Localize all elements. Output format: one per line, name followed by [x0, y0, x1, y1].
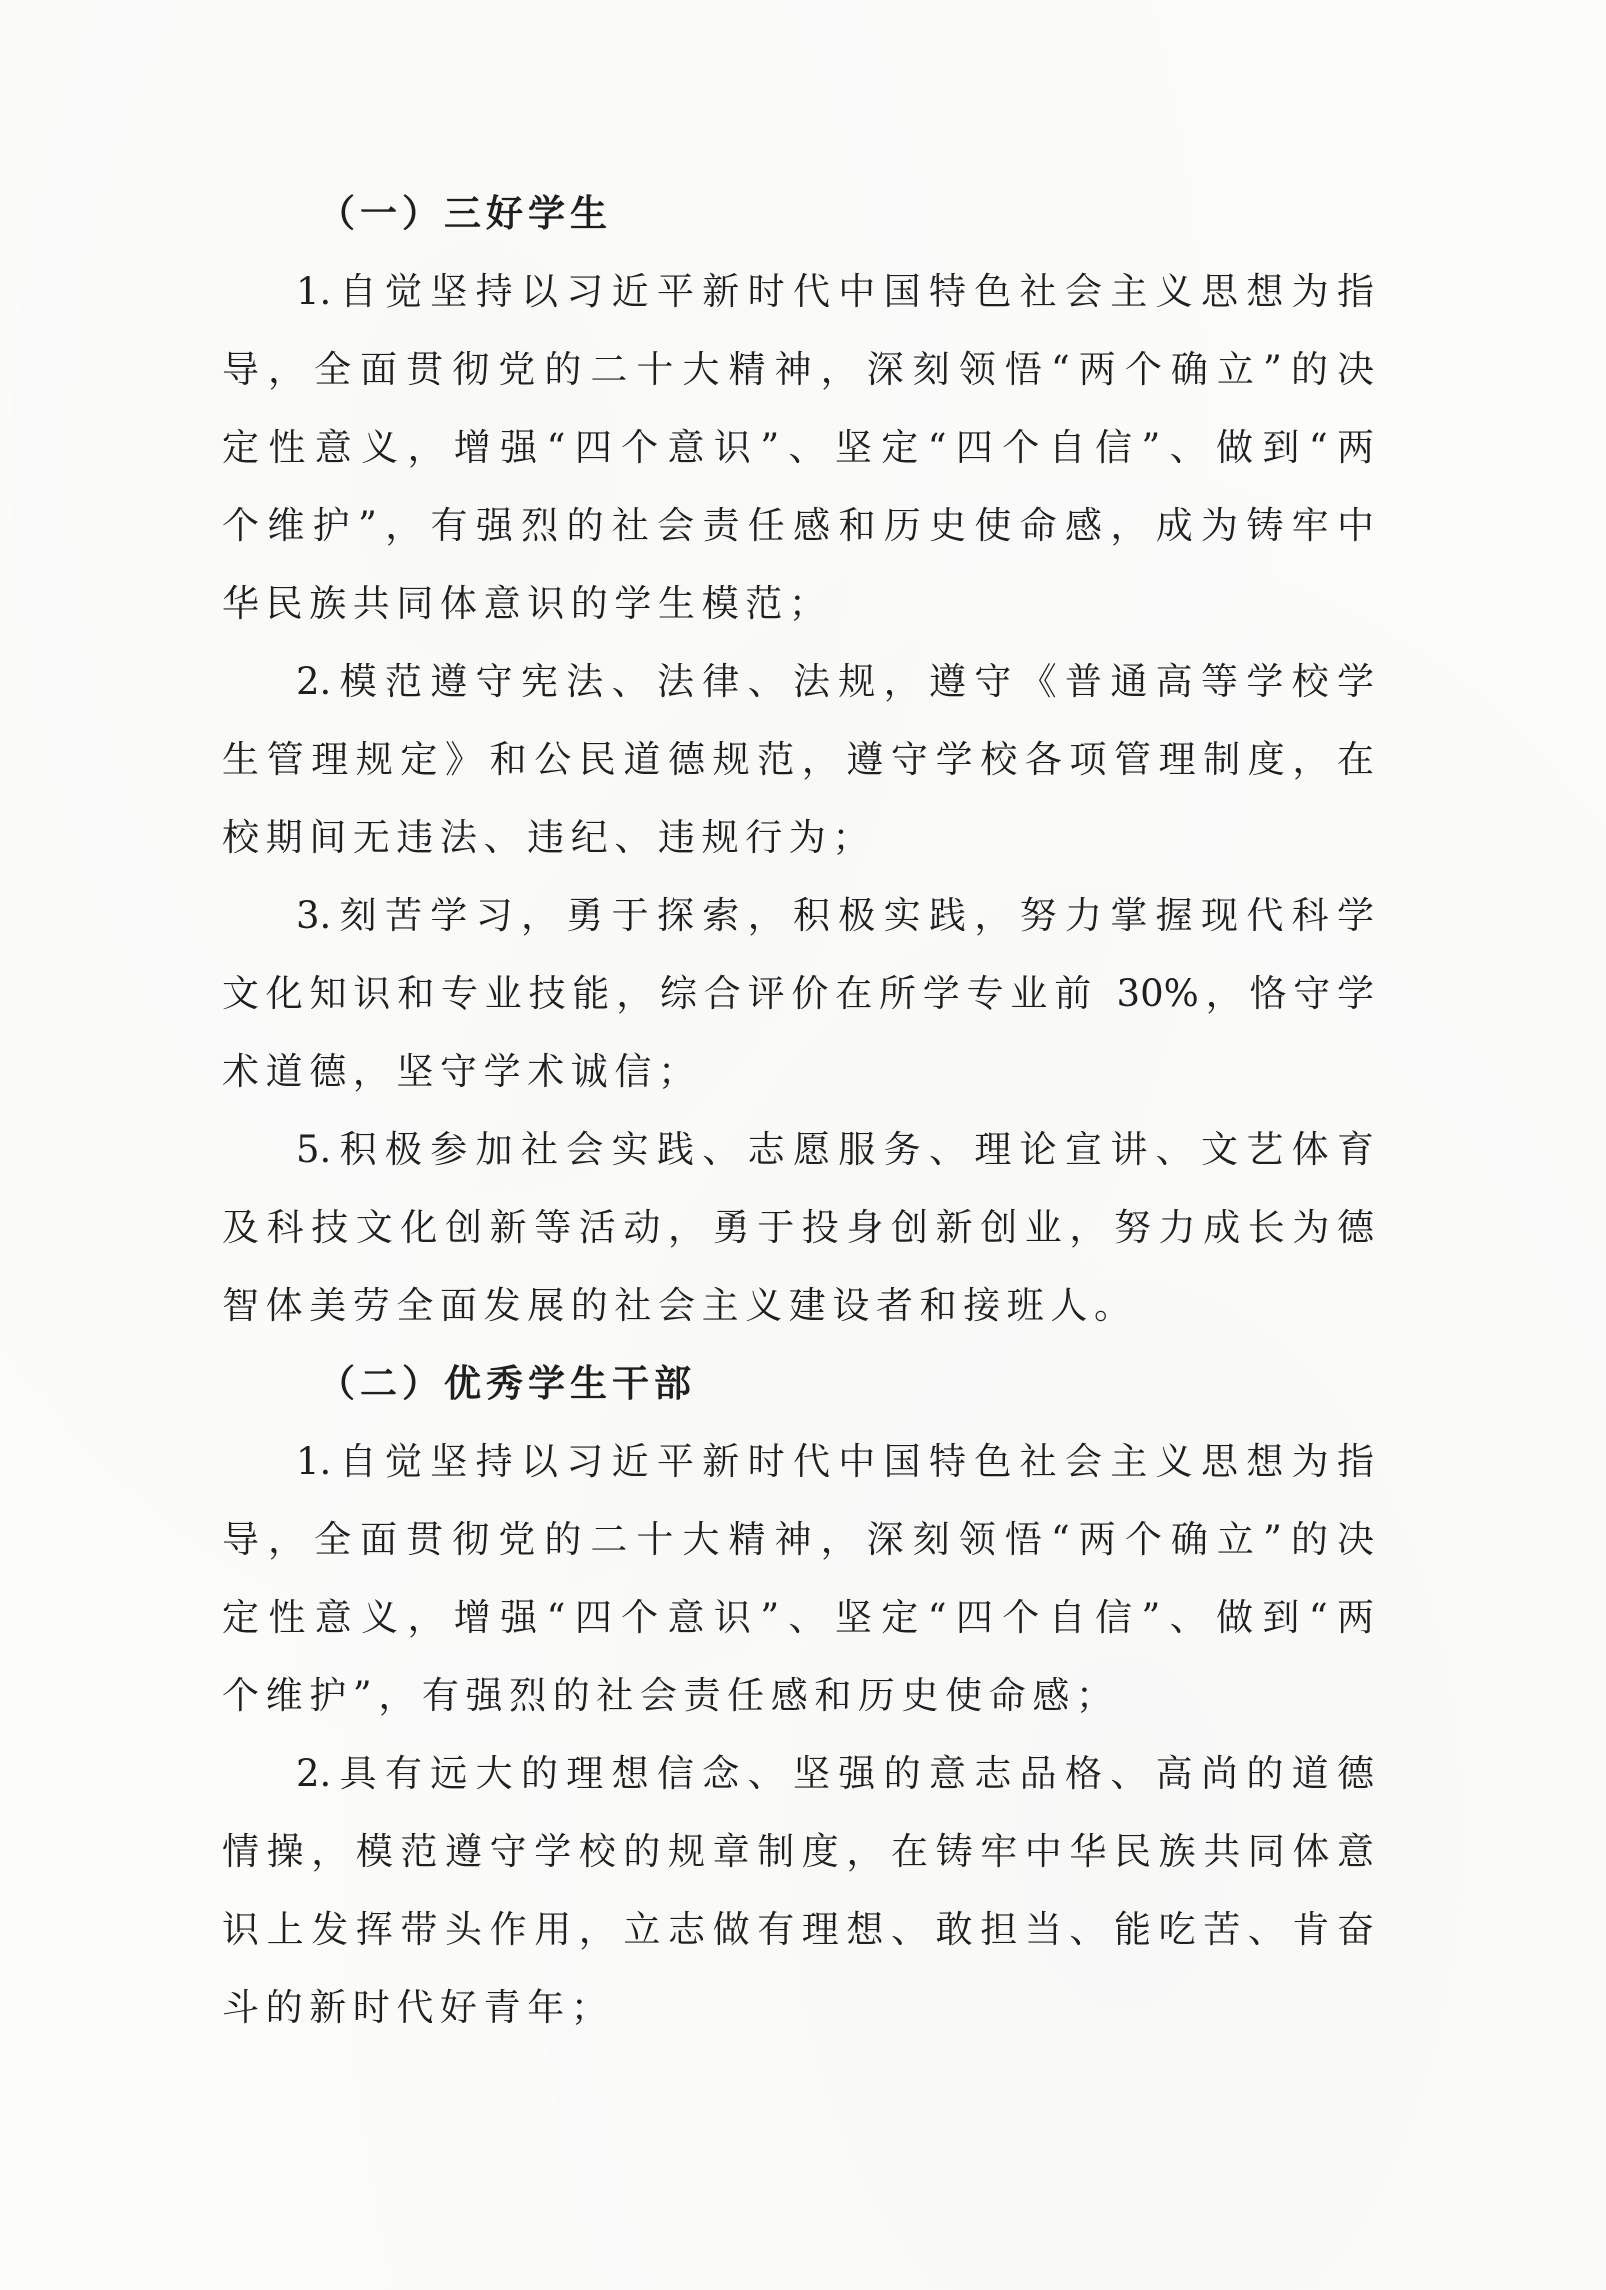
document-page: （一）三好学生 1.自觉坚持以习近平新时代中国特色社会主义思想为指 导，全面贯彻…: [0, 0, 1606, 2290]
paragraph-line: 5.积极参加社会实践、志愿服务、理论宣讲、文艺体育: [222, 1111, 1374, 1189]
paragraph-line: 识上发挥带头作用，立志做有理想、敢担当、能吃苦、肯奋: [222, 1891, 1374, 1969]
paragraph-line: 斗的新时代好青年；: [222, 1969, 1374, 2047]
paragraph-line: 个维护”，有强烈的社会责任感和历史使命感，成为铸牢中: [222, 487, 1374, 565]
section-outstanding-student-cadres: （二）优秀学生干部 1.自觉坚持以习近平新时代中国特色社会主义思想为指 导，全面…: [222, 1345, 1374, 2047]
paragraph-line: 个维护”，有强烈的社会责任感和历史使命感；: [222, 1657, 1374, 1735]
paragraph-line: 1.自觉坚持以习近平新时代中国特色社会主义思想为指: [222, 1423, 1374, 1501]
criterion-item: 2.具有远大的理想信念、坚强的意志品格、高尚的道德 情操，模范遵守学校的规章制度…: [222, 1735, 1374, 2047]
criterion-item: 1.自觉坚持以习近平新时代中国特色社会主义思想为指 导，全面贯彻党的二十大精神，…: [222, 253, 1374, 643]
document-body: （一）三好学生 1.自觉坚持以习近平新时代中国特色社会主义思想为指 导，全面贯彻…: [222, 175, 1374, 2047]
paragraph-line: 及科技文化创新等活动，勇于投身创新创业，努力成长为德: [222, 1189, 1374, 1267]
paragraph-line: 情操，模范遵守学校的规章制度，在铸牢中华民族共同体意: [222, 1813, 1374, 1891]
section-heading: （一）三好学生: [222, 175, 1374, 253]
paragraph-line: 定性意义，增强“四个意识”、坚定“四个自信”、做到“两: [222, 1579, 1374, 1657]
paragraph-line: 生管理规定》和公民道德规范，遵守学校各项管理制度，在: [222, 721, 1374, 799]
criterion-item: 1.自觉坚持以习近平新时代中国特色社会主义思想为指 导，全面贯彻党的二十大精神，…: [222, 1423, 1374, 1735]
paragraph-line: 智体美劳全面发展的社会主义建设者和接班人。: [222, 1267, 1374, 1345]
paragraph-line: 校期间无违法、违纪、违规行为；: [222, 799, 1374, 877]
paragraph-line: 华民族共同体意识的学生模范；: [222, 565, 1374, 643]
paragraph-line: 定性意义，增强“四个意识”、坚定“四个自信”、做到“两: [222, 409, 1374, 487]
paragraph-line: 2.具有远大的理想信念、坚强的意志品格、高尚的道德: [222, 1735, 1374, 1813]
section-heading: （二）优秀学生干部: [222, 1345, 1374, 1423]
section-three-good-students: （一）三好学生 1.自觉坚持以习近平新时代中国特色社会主义思想为指 导，全面贯彻…: [222, 175, 1374, 1345]
paragraph-line: 导，全面贯彻党的二十大精神，深刻领悟“两个确立”的决: [222, 331, 1374, 409]
criterion-item: 2.模范遵守宪法、法律、法规，遵守《普通高等学校学 生管理规定》和公民道德规范，…: [222, 643, 1374, 877]
paragraph-line: 文化知识和专业技能，综合评价在所学专业前 30%，恪守学: [222, 955, 1374, 1033]
paragraph-line: 导，全面贯彻党的二十大精神，深刻领悟“两个确立”的决: [222, 1501, 1374, 1579]
paragraph-line: 1.自觉坚持以习近平新时代中国特色社会主义思想为指: [222, 253, 1374, 331]
criterion-item: 3.刻苦学习，勇于探索，积极实践，努力掌握现代科学 文化知识和专业技能，综合评价…: [222, 877, 1374, 1111]
paragraph-line: 3.刻苦学习，勇于探索，积极实践，努力掌握现代科学: [222, 877, 1374, 955]
paragraph-line: 术道德，坚守学术诚信；: [222, 1033, 1374, 1111]
criterion-item: 5.积极参加社会实践、志愿服务、理论宣讲、文艺体育 及科技文化创新等活动，勇于投…: [222, 1111, 1374, 1345]
paragraph-line: 2.模范遵守宪法、法律、法规，遵守《普通高等学校学: [222, 643, 1374, 721]
